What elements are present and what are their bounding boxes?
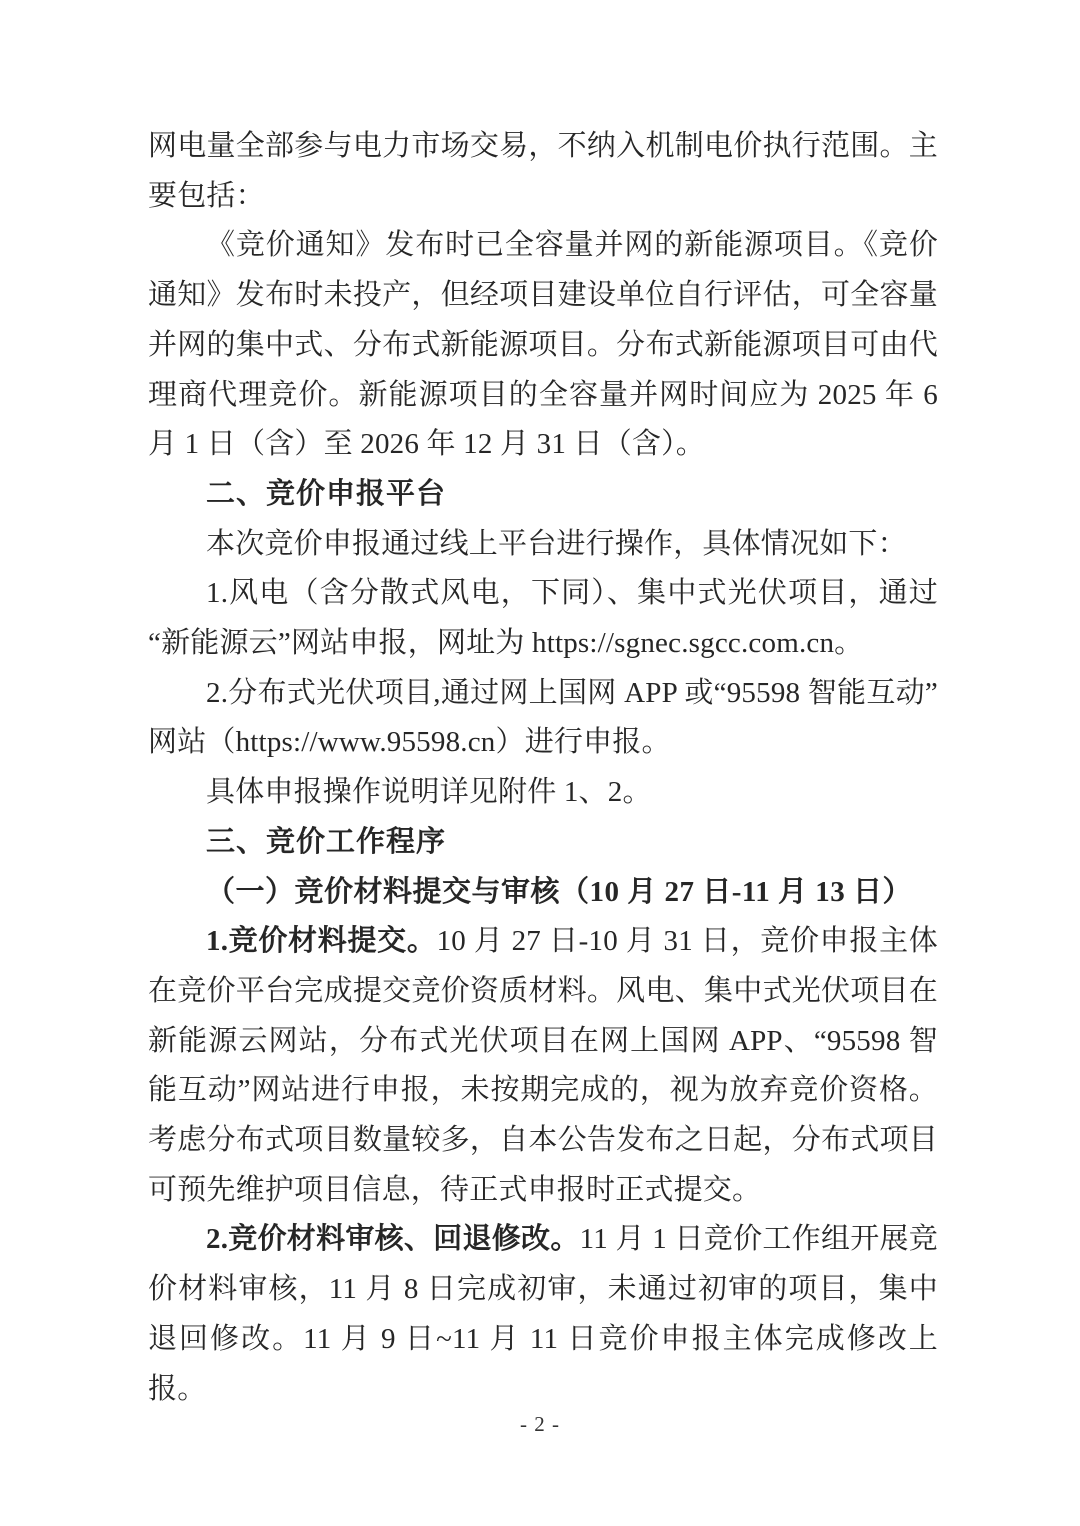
paragraph: 《竞价通知》发布时已全容量并网的新能源项目。《竞价通知》发布时未投产，但经项目建… <box>148 221 938 470</box>
paragraph: 2.竞价材料审核、回退修改。11 月 1 日竞价工作组开展竞价材料审核，11 月… <box>148 1215 938 1414</box>
section-heading: 三、竞价工作程序 <box>148 818 938 868</box>
paragraph: 网电量全部参与电力市场交易，不纳入机制电价执行范围。主要包括： <box>148 122 938 221</box>
document-body: 网电量全部参与电力市场交易，不纳入机制电价执行范围。主要包括：《竞价通知》发布时… <box>148 122 938 1414</box>
paragraph: 1.风电（含分散式风电，下同）、集中式光伏项目，通过“新能源云”网站申报，网址为… <box>148 569 938 668</box>
section-heading: 二、竞价申报平台 <box>148 470 938 520</box>
paragraph: 1.竞价材料提交。10 月 27 日-10 月 31 日，竞价申报主体在竞价平台… <box>148 917 938 1215</box>
paragraph: 具体申报操作说明详见附件 1、2。 <box>148 768 938 818</box>
paragraph-lead: 2.竞价材料审核、回退修改。 <box>206 1223 580 1255</box>
paragraph: 本次竞价申报通过线上平台进行操作，具体情况如下： <box>148 520 938 570</box>
section-heading: （一）竞价材料提交与审核（10 月 27 日-11 月 13 日） <box>148 868 938 918</box>
paragraph: 2.分布式光伏项目,通过网上国网 APP 或“95598 智能互动”网站（htt… <box>148 669 938 768</box>
page-number: - 2 - <box>0 1412 1080 1437</box>
paragraph-lead: 1.竞价材料提交。 <box>206 925 437 957</box>
document-page: 网电量全部参与电力市场交易，不纳入机制电价执行范围。主要包括：《竞价通知》发布时… <box>0 0 1080 1526</box>
